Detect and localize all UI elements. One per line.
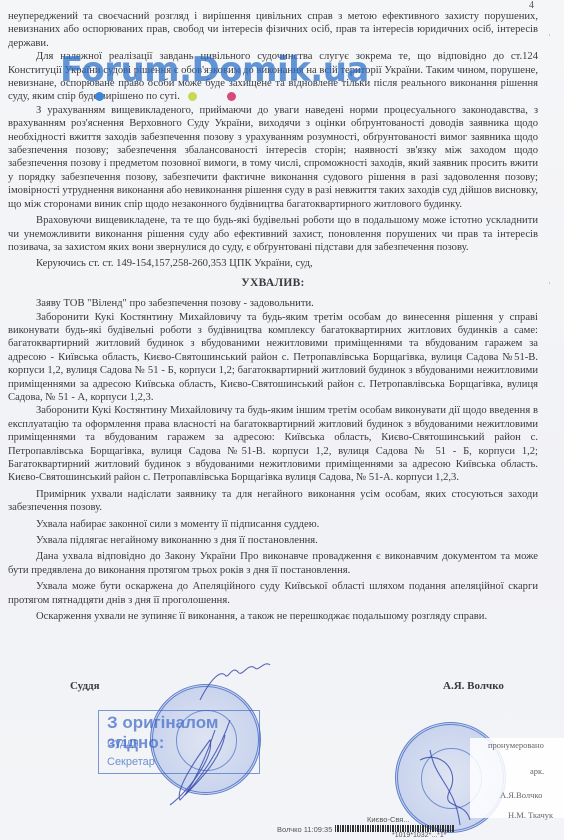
barcode-city: Києво-Свя...: [367, 815, 410, 824]
cert-judge-name: А.Я.Волчко: [500, 790, 542, 800]
resolution-paragraph: Дана ухвала відповідно до Закону України…: [8, 550, 538, 577]
document-page: 4 неупереджений та своєчасний розгляд і …: [0, 0, 564, 840]
certification-block: пронумеровано арк. А.Я.Волчко Н.М. Ткачу…: [470, 738, 564, 818]
resolution-paragraph: Ухвала підлягає негайному виконанню з дн…: [8, 534, 538, 547]
resolution-paragraph: Ухвала може бути оскаржена до Апеляційно…: [8, 580, 538, 607]
resolution-paragraph: Ухвала набирає законної сили з моменту ї…: [8, 518, 538, 531]
resolution-paragraph: Заборонити Кукі Костянтину Михайловичу т…: [8, 311, 538, 405]
watermark-dot-blue-icon: [95, 92, 104, 101]
cert-secretary-name: Н.М. Ткачук: [508, 810, 553, 820]
paragraph: Для належної реалізації завдань цивільно…: [8, 50, 538, 104]
barcode-icon: [335, 825, 455, 832]
copy-stamp-judge: Суддя: [107, 737, 139, 749]
resolution-paragraph: Примірник ухвали надіслати заявнику та д…: [8, 488, 538, 515]
resolution-paragraph: Заяву ТОВ "Віленд" про забезпечення позо…: [8, 297, 538, 310]
paragraph: З урахуванням вищевикладеного, приймаючи…: [8, 104, 538, 211]
signature-icon: [140, 660, 280, 810]
watermark-dot-green-icon: [188, 92, 197, 101]
resolution-paragraph: Заборонити Кукі Костянтину Михайловичу т…: [8, 404, 538, 484]
judge-label: Суддя: [70, 680, 100, 692]
cert-sheets: арк.: [530, 766, 544, 776]
watermark-dot-pink-icon: [227, 92, 236, 101]
signature-row: Суддя А.Я. Волчко: [0, 680, 564, 700]
scan-speck: ·: [548, 30, 551, 40]
barcode-code: *1019*1032*...*1*: [392, 832, 447, 839]
paragraph: Керуючись ст. ст. 149-154,157,258-260,35…: [8, 257, 538, 270]
barcode-name-time: Волчко 11:09:35: [277, 825, 332, 834]
document-body: неупереджений та своєчасний розгляд і ви…: [8, 10, 538, 623]
resolution-paragraph: Оскарження ухвали не зупиняє її виконанн…: [8, 610, 538, 623]
paragraph: Враховуючи вищевикладене, та те що будь-…: [8, 214, 538, 254]
scan-speck: ·: [548, 278, 551, 288]
cert-numbered: пронумеровано: [488, 740, 544, 750]
judge-name: А.Я. Волчко: [443, 680, 504, 692]
paragraph: неупереджений та своєчасний розгляд і ви…: [8, 10, 538, 50]
resolution-heading: УХВАЛИВ:: [8, 277, 538, 290]
barcode-strip: Києво-Свя... Волчко 11:09:35 *1019*1032*…: [230, 815, 470, 840]
